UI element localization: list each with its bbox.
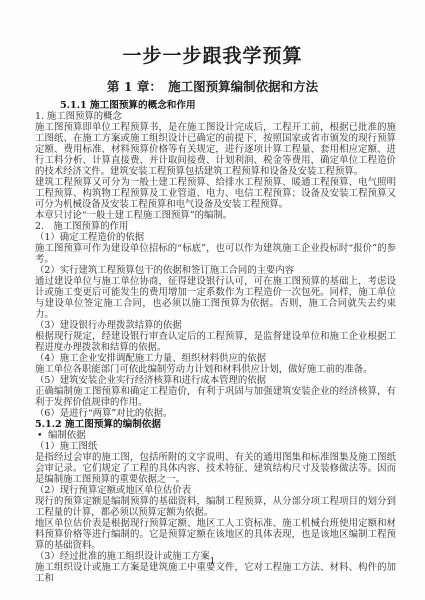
paragraph: （4）施工企业安排调配施工力量、组织材料供应的依据 — [35, 353, 396, 364]
page-number: 1 — [0, 557, 425, 567]
document-body: 5.1.1 施工图预算的概念和作用1. 施工图预算的概念施工图预算即单位工程预算… — [35, 100, 396, 584]
paragraph: 是指经过会审的施工图，包括所附的文字说明、有关的通用图集和标准图集及施工图纸会审… — [35, 452, 396, 485]
document-page: 一步一步跟我学预算 第 1 章： 施工图预算编制依据和方法 5.1.1 施工图预… — [0, 0, 425, 600]
paragraph: （1）施工图纸 — [35, 441, 396, 452]
paragraph: 本章只讨论“一般土建工程施工图预算”的编制。 — [35, 210, 396, 221]
paragraph: （3）建设银行办理拨款结算的依据 — [35, 320, 396, 331]
paragraph: （2）现行预算定额或地区单位估价表 — [35, 485, 396, 496]
paragraph: （1）确定工程造价的依据 — [35, 232, 396, 243]
paragraph: （5）建筑安装企业实行经济核算和进行成本管理的依据 — [35, 375, 396, 386]
paragraph: （2）实行建筑工程预算包干的依据和签订施工合同的主要内容 — [35, 265, 396, 276]
bullet-item: •编制依据 — [35, 430, 396, 441]
paragraph: 通过建设单位与施工单位协商，征得建设银行认可，可在施工图预算的基础上，考虑设计或… — [35, 276, 396, 320]
paragraph: 建筑工程预算又可分为一般土建工程预算、给排水工程预算、暖通工程预算、电气照明工程… — [35, 177, 396, 210]
bullet-text: 编制依据 — [48, 430, 86, 441]
paragraph: 施工图预算即单位工程预算书，是在施工图设计完成后，工程开工前，根据已批准的施工图… — [35, 122, 396, 177]
page-title: 一步一步跟我学预算 — [0, 0, 425, 68]
paragraph: （6）是进行“两算”对比的依据。 — [35, 408, 396, 419]
paragraph: 根据现行规定，经建设银行审查认定后的工程预算，是监督建设单位和施工企业根据工程进… — [35, 331, 396, 353]
paragraph: 2. 施工图预算的作用 — [35, 221, 396, 232]
paragraph: 1. 施工图预算的概念 — [35, 111, 396, 122]
bullet-icon: • — [37, 430, 48, 441]
paragraph: 施工图预算可作为建设单位招标的“标底”，也可以作为建筑施工企业投标时“报价”的参… — [35, 243, 396, 265]
paragraph: 正确编制施工图预算和确定工程造价，有利于巩固与加强建筑安装企业的经济核算，有利于… — [35, 386, 396, 408]
section-heading: 5.1.1 施工图预算的概念和作用 — [60, 100, 396, 111]
chapter-heading: 第 1 章： 施工图预算编制依据和方法 — [0, 77, 425, 95]
paragraph: 施工单位各职能部门可依此编制劳动力计划和材料供应计划，做好施工前的准备。 — [35, 364, 396, 375]
paragraph: 地区单位估价表是根据现行预算定额、地区工人工资标准、施工机械台班使用定额和材料预… — [35, 518, 396, 551]
section-heading: 5.1.2 施工图预算的编制依据 — [35, 419, 396, 430]
paragraph: 现行的预算定额是编制预算的基础资料，编制工程预算，从分部分项工程项目的划分到工程… — [35, 496, 396, 518]
